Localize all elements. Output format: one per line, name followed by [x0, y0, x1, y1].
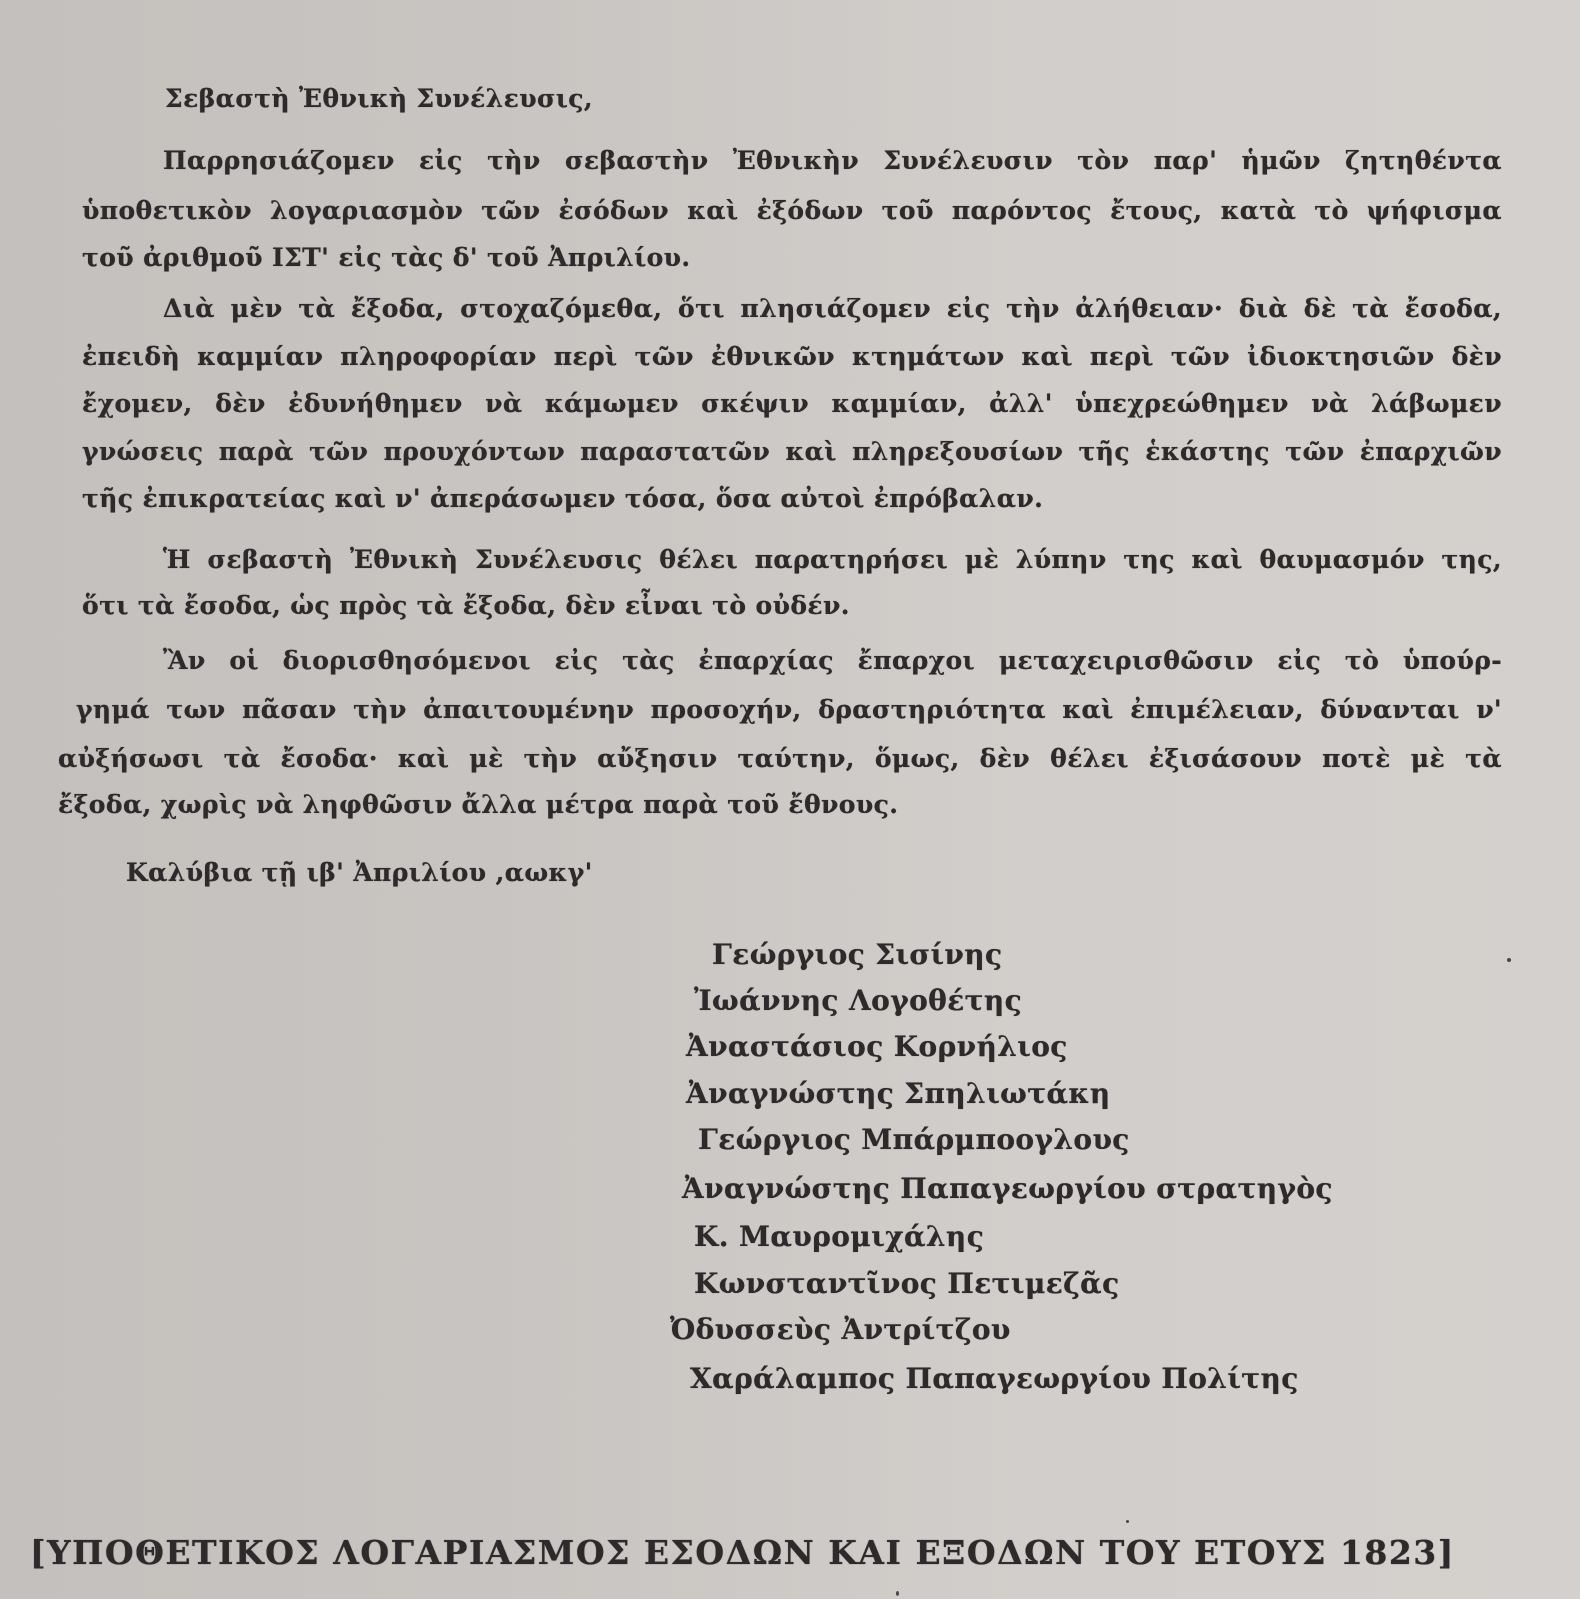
signatory-name: Ἀναστάσιος Κορνήλιος: [686, 1030, 1068, 1063]
paragraph-line: ὅτι τὰ ἔσοδα, ὡς πρὸς τὰ ἔξοδα, δὲν εἶνα…: [82, 591, 1502, 620]
signatory-name: Χαράλαμπος Παπαγεωργίου Πολίτης: [690, 1362, 1299, 1395]
paragraph-line: Ἡ σεβαστὴ Ἐθνικὴ Συνέλευσις θέλει παρατη…: [163, 545, 1502, 574]
document-caption: [ΥΠΟΘΕΤΙΚΟΣ ΛΟΓΑΡΙΑΣΜΟΣ ΕΣΟΔΩΝ ΚΑΙ ΕΞΟΔΩ…: [30, 1533, 1455, 1572]
paragraph-line: γημά των πᾶσαν τὴν ἀπαιτουμένην προσοχήν…: [76, 695, 1502, 724]
paragraph-line: αὐξήσωσι τὰ ἔσοδα· καὶ μὲ τὴν αὔξησιν τα…: [58, 744, 1502, 773]
paragraph-line: ὑποθετικὸν λογαριασμὸν τῶν ἐσόδων καὶ ἐξ…: [82, 196, 1502, 225]
signatory-name: Γεώργιος Σισίνης: [712, 938, 1002, 971]
signatory-name: Ὀδυσσεὺς Ἀντρίτζου: [670, 1313, 1011, 1346]
paragraph-line: τῆς ἐπικρατείας καὶ ν' ἀπεράσωμεν τόσα, …: [82, 484, 1502, 513]
paragraph-line: τοῦ ἀριθμοῦ ΙΣΤ' εἰς τὰς δ' τοῦ Ἀπριλίου…: [82, 243, 1502, 272]
paragraph-line: ἔχομεν, δὲν ἐδυνήθημεν νὰ κάμωμεν σκέψιν…: [82, 389, 1502, 418]
scanned-document-page: Σεβαστὴ Ἐθνικὴ Συνέλευσις, Παρρησιάζομεν…: [0, 0, 1580, 1599]
paragraph-line: ἐπειδὴ καμμίαν πληροφορίαν περὶ τῶν ἐθνι…: [82, 342, 1502, 371]
paragraph-line: Παρρησιάζομεν εἰς τὴν σεβαστὴν Ἐθνικὴν Σ…: [163, 146, 1502, 175]
print-speck: [1507, 958, 1511, 962]
signatory-name: Κωνσταντῖνος Πετιμεζᾶς: [694, 1267, 1120, 1300]
signatory-name: Ἰωάννης Λογοθέτης: [694, 984, 1022, 1017]
signatory-name: Κ. Μαυρομιχάλης: [694, 1220, 984, 1253]
paragraph-line: Ἂν οἱ διορισθησόμενοι εἰς τὰς ἐπαρχίας ἔ…: [163, 646, 1502, 675]
signatory-name: Ἀναγνώστης Σπηλιωτάκη: [686, 1077, 1111, 1110]
paragraph-line: γνώσεις παρὰ τῶν προυχόντων παραστατῶν κ…: [82, 437, 1502, 466]
signatory-name: Ἀναγνώστης Παπαγεωργίου στρατηγὸς: [682, 1172, 1333, 1205]
paragraph-line: ἔξοδα, χωρὶς νὰ ληφθῶσιν ἄλλα μέτρα παρὰ…: [58, 790, 1478, 819]
print-speck: [896, 1591, 899, 1596]
date-place-line: Καλύβια τῇ ιβ' Ἀπριλίου ,αωκγ': [126, 858, 593, 887]
salutation: Σεβαστὴ Ἐθνικὴ Συνέλευσις,: [165, 84, 593, 113]
signatory-name: Γεώργιος Μπάρμποογλους: [698, 1123, 1130, 1156]
print-speck: [1126, 1520, 1129, 1523]
paragraph-line: Διὰ μὲν τὰ ἔξοδα, στοχαζόμεθα, ὅτι πλησι…: [163, 294, 1502, 323]
